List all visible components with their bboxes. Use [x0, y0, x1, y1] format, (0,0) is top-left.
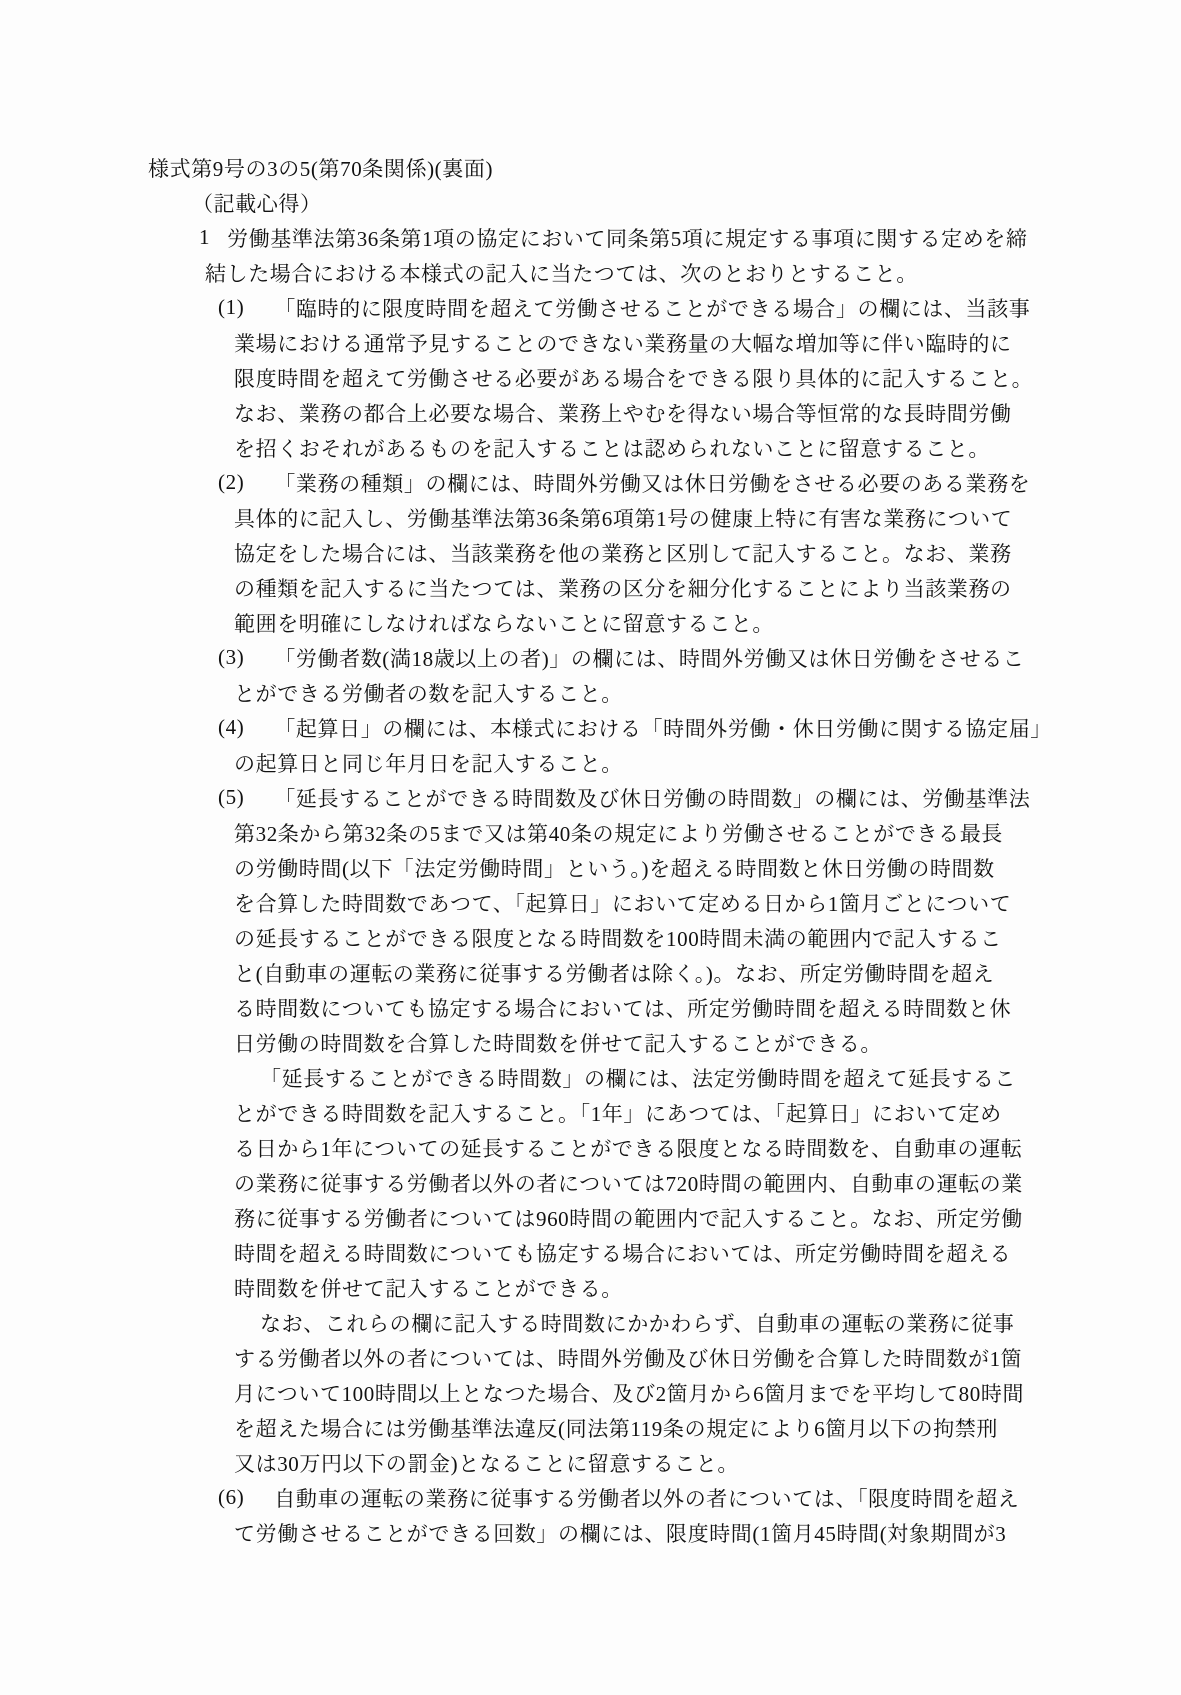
text-line: 業場における通常予見することのできない業務量の大幅な増加等に伴い臨時的に	[234, 325, 1012, 360]
text-line: 協定をした場合には、当該業務を他の業務と区別して記入すること。なお、業務	[234, 535, 1012, 570]
text-line: 時間を超える時間数についても協定する場合においては、所定労働時間を超える	[234, 1235, 1011, 1270]
line-text: て労働させることができる回数」の欄には、限度時間(1箇月45時間(対象期間が3	[234, 1518, 1006, 1548]
line-text: 結した場合における本様式の記入に当たつては、次のとおりとすること。	[205, 258, 918, 288]
item-number: (2)	[218, 470, 244, 495]
item-number: (3)	[218, 645, 244, 670]
text-line: る日から1年についての延長することができる限度となる時間数を、自動車の運転	[234, 1130, 1022, 1165]
line-text: 具体的に記入し、労働基準法第36条第6項第1号の健康上特に有害な業務について	[234, 503, 1012, 533]
text-line: の延長することができる限度となる時間数を100時間未満の範囲内で記入するこ	[234, 920, 1002, 955]
text-line: と(自動車の運転の業務に従事する労働者は除く。)。なお、所定労働時間を超え	[234, 955, 994, 990]
text-line: とができる時間数を記入すること。「1年」にあつては、「起算日」において定め	[234, 1095, 1002, 1130]
line-text: 務に従事する労働者については960時間の範囲内で記入すること。なお、所定労働	[234, 1203, 1023, 1233]
text-line: とができる労働者の数を記入すること。	[234, 675, 623, 710]
text-line: の起算日と同じ年月日を記入すること。	[234, 745, 623, 780]
line-text: の業務に従事する労働者以外の者については720時間の範囲内、自動車の運転の業	[234, 1168, 1023, 1198]
text-line: 又は30万円以下の罰金)となることに留意すること。	[234, 1445, 739, 1480]
line-text: を合算した時間数であつて、「起算日」において定める日から1箇月ごとについて	[234, 888, 1011, 918]
text-line: 時間数を併せて記入することができる。	[234, 1270, 623, 1305]
line-text: 範囲を明確にしなければならないことに留意すること。	[234, 608, 774, 638]
line-text: 「臨時的に限度時間を超えて労働させることができる場合」の欄には、当該事	[274, 293, 1030, 323]
text-line: を合算した時間数であつて、「起算日」において定める日から1箇月ごとについて	[234, 885, 1011, 920]
line-text: と(自動車の運転の業務に従事する労働者は除く。)。なお、所定労働時間を超え	[234, 958, 994, 988]
text-line: 「延長することができる時間数」の欄には、法定労働時間を超えて延長するこ	[260, 1060, 1016, 1095]
list-item-line: (1)「臨時的に限度時間を超えて労働させることができる場合」の欄には、当該事	[218, 290, 1030, 325]
item-number: (1)	[218, 295, 244, 320]
text-line: 日労働の時間数を合算した時間数を併せて記入することができる。	[234, 1025, 882, 1060]
line-text: の種類を記入するに当たつては、業務の区分を細分化することにより当該業務の	[234, 573, 1012, 603]
line-text: 「労働者数(満18歳以上の者)」の欄には、時間外労働又は休日労働をさせるこ	[274, 643, 1024, 673]
line-text: とができる労働者の数を記入すること。	[234, 678, 623, 708]
text-line: の労働時間(以下「法定労働時間」という。)を超える時間数と休日労働の時間数	[234, 850, 995, 885]
text-line: する労働者以外の者については、時間外労働及び休日労働を合算した時間数が1箇	[234, 1340, 1022, 1375]
notes-heading: （記載心得）	[192, 185, 322, 220]
line-text: 又は30万円以下の罰金)となることに留意すること。	[234, 1448, 739, 1478]
text-line: を招くおそれがあるものを記入することは認められないことに留意すること。	[234, 430, 990, 465]
item-number: (5)	[218, 785, 244, 810]
form-title: 様式第9号の3の5(第70条関係)(裏面)	[148, 150, 493, 185]
line-text: 自動車の運転の業務に従事する労働者以外の者については、「限度時間を超え	[274, 1483, 1019, 1513]
line-text: を超えた場合には労働基準法違反(同法第119条の規定により6箇月以下の拘禁刑	[234, 1413, 998, 1443]
text-line: 具体的に記入し、労働基準法第36条第6項第1号の健康上特に有害な業務について	[234, 500, 1012, 535]
item-number: (4)	[218, 715, 244, 740]
text-line: 務に従事する労働者については960時間の範囲内で記入すること。なお、所定労働	[234, 1200, 1023, 1235]
text-line: を超えた場合には労働基準法違反(同法第119条の規定により6箇月以下の拘禁刑	[234, 1410, 998, 1445]
line-text: る日から1年についての延長することができる限度となる時間数を、自動車の運転	[234, 1133, 1022, 1163]
line-text: 業場における通常予見することのできない業務量の大幅な増加等に伴い臨時的に	[234, 328, 1012, 358]
line-text: なお、これらの欄に記入する時間数にかかわらず、自動車の運転の業務に従事	[260, 1308, 1014, 1338]
text-line: 第32条から第32条の5まで又は第40条の規定により労働させることができる最長	[234, 815, 1003, 850]
text-line: て労働させることができる回数」の欄には、限度時間(1箇月45時間(対象期間が3	[234, 1515, 1006, 1550]
text-line: なお、業務の都合上必要な場合、業務上やむを得ない場合等恒常的な長時間労働	[234, 395, 1012, 430]
line-text: 協定をした場合には、当該業務を他の業務と区別して記入すること。なお、業務	[234, 538, 1012, 568]
text-line: 限度時間を超えて労働させる必要がある場合をできる限り具体的に記入すること。	[234, 360, 1033, 395]
list-item-line: (4)「起算日」の欄には、本様式における「時間外労働・休日労働に関する協定届」	[218, 710, 1052, 745]
text-line: の種類を記入するに当たつては、業務の区分を細分化することにより当該業務の	[234, 570, 1012, 605]
text-line: 結した場合における本様式の記入に当たつては、次のとおりとすること。	[205, 255, 918, 290]
line-text: 「延長することができる時間数」の欄には、法定労働時間を超えて延長するこ	[260, 1063, 1016, 1093]
line-text: 限度時間を超えて労働させる必要がある場合をできる限り具体的に記入すること。	[234, 363, 1033, 393]
line-text: 「起算日」の欄には、本様式における「時間外労働・休日労働に関する協定届」	[274, 713, 1052, 743]
line-text: 時間数を併せて記入することができる。	[234, 1273, 623, 1303]
text-line: 月について100時間以上となつた場合、及び2箇月から6箇月までを平均して80時間	[234, 1375, 1024, 1410]
line-text: 労働基準法第36条第1項の協定において同条第5項に規定する事項に関する定めを締	[227, 223, 1027, 253]
list-item-line: (2)「業務の種類」の欄には、時間外労働又は休日労働をさせる必要のある業務を	[218, 465, 1030, 500]
line-text: の延長することができる限度となる時間数を100時間未満の範囲内で記入するこ	[234, 923, 1002, 953]
list-item-line: (6)自動車の運転の業務に従事する労働者以外の者については、「限度時間を超え	[218, 1480, 1019, 1515]
text-line: 範囲を明確にしなければならないことに留意すること。	[234, 605, 774, 640]
list-item-line: 1労働基準法第36条第1項の協定において同条第5項に規定する事項に関する定めを締	[199, 220, 1028, 255]
line-text: 第32条から第32条の5まで又は第40条の規定により労働させることができる最長	[234, 818, 1003, 848]
line-text: なお、業務の都合上必要な場合、業務上やむを得ない場合等恒常的な長時間労働	[234, 398, 1012, 428]
line-text: の起算日と同じ年月日を記入すること。	[234, 748, 623, 778]
list-item-line: (5)「延長することができる時間数及び休日労働の時間数」の欄には、労働基準法	[218, 780, 1030, 815]
line-text: 月について100時間以上となつた場合、及び2箇月から6箇月までを平均して80時間	[234, 1378, 1024, 1408]
line-text: 時間を超える時間数についても協定する場合においては、所定労働時間を超える	[234, 1238, 1011, 1268]
line-text: を招くおそれがあるものを記入することは認められないことに留意すること。	[234, 433, 990, 463]
line-text: 「業務の種類」の欄には、時間外労働又は休日労働をさせる必要のある業務を	[274, 468, 1030, 498]
line-text: 「延長することができる時間数及び休日労働の時間数」の欄には、労働基準法	[274, 783, 1030, 813]
document-page: 様式第9号の3の5(第70条関係)(裏面)（記載心得）1労働基準法第36条第1項…	[0, 0, 1181, 1695]
text-line: なお、これらの欄に記入する時間数にかかわらず、自動車の運転の業務に従事	[260, 1305, 1014, 1340]
item-number: 1	[199, 225, 210, 250]
text-line: る時間数についても協定する場合においては、所定労働時間を超える時間数と休	[234, 990, 1011, 1025]
line-text: とができる時間数を記入すること。「1年」にあつては、「起算日」において定め	[234, 1098, 1002, 1128]
line-text: 日労働の時間数を合算した時間数を併せて記入することができる。	[234, 1028, 882, 1058]
line-text: 様式第9号の3の5(第70条関係)(裏面)	[148, 153, 493, 183]
line-text: る時間数についても協定する場合においては、所定労働時間を超える時間数と休	[234, 993, 1011, 1023]
list-item-line: (3)「労働者数(満18歳以上の者)」の欄には、時間外労働又は休日労働をさせるこ	[218, 640, 1024, 675]
line-text: する労働者以外の者については、時間外労働及び休日労働を合算した時間数が1箇	[234, 1343, 1022, 1373]
text-line: の業務に従事する労働者以外の者については720時間の範囲内、自動車の運転の業	[234, 1165, 1023, 1200]
line-text: の労働時間(以下「法定労働時間」という。)を超える時間数と休日労働の時間数	[234, 853, 995, 883]
item-number: (6)	[218, 1485, 244, 1510]
line-text: （記載心得）	[192, 188, 322, 218]
